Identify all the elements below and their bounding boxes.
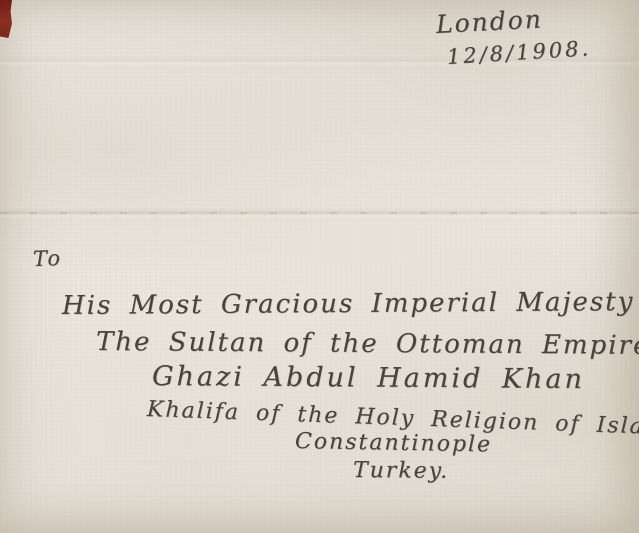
address-line-sultan: The Sultan of the Ottoman Empire bbox=[96, 327, 639, 361]
salutation-to: To bbox=[33, 246, 63, 271]
address-line-majesty: His Most Gracious Imperial Majesty bbox=[62, 287, 635, 321]
red-seal-remnant-mark bbox=[0, 0, 12, 38]
letterhead-place: London bbox=[435, 4, 543, 39]
letter-page: London 12/8/1908. To His Most Gracious I… bbox=[0, 0, 639, 533]
letterhead-date: 12/8/1908. bbox=[446, 36, 592, 69]
fold-crease-main bbox=[0, 208, 639, 218]
address-line-country: Turkey. bbox=[353, 458, 449, 484]
address-line-city: Constantinople bbox=[295, 429, 493, 457]
address-line-name: Ghazi Abdul Hamid Khan bbox=[152, 361, 585, 395]
